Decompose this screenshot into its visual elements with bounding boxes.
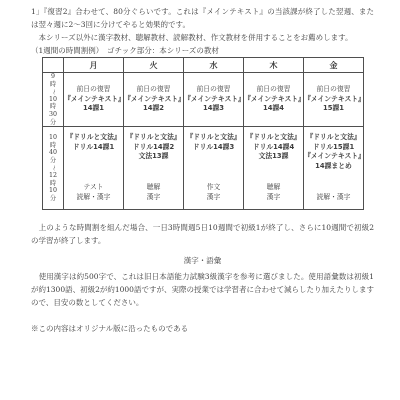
schedule-body: 9時～10時30分前日の復習『メインテキスト』14課1前日の復習『メインテキスト… xyxy=(43,73,364,210)
schedule-cell-bottom-group: 読解・漢字 xyxy=(304,193,363,203)
schedule-cell-bottom-group: テスト読解・漢字 xyxy=(64,183,123,202)
schedule-line: 15課1 xyxy=(304,104,363,114)
schedule-cell-top-group: 前日の復習『メインテキスト』14課3 xyxy=(184,85,243,114)
schedule-cell-bottom-group: 聴解漢字 xyxy=(244,183,303,202)
schedule-line: 14課まとめ xyxy=(304,162,363,172)
time-label-char: 10 xyxy=(49,187,57,195)
schedule-cell-top-group: 『ドリルと文法』ドリル14課1 xyxy=(64,133,123,152)
schedule-cell-r0-c4: 前日の復習『メインテキスト』15課1 xyxy=(304,73,364,127)
schedule-cell-r0-c1: 前日の復習『メインテキスト』14課2 xyxy=(124,73,184,127)
time-label-char: 9 xyxy=(51,73,55,81)
schedule-cell-top-group: 前日の復習『メインテキスト』14課4 xyxy=(244,85,303,114)
schedule-cell-top-group: 前日の復習『メインテキスト』14課1 xyxy=(64,85,123,114)
schedule-line: 聴解 xyxy=(244,183,303,193)
schedule-cell-r1-c3: 『ドリルと文法』ドリル14課4文法13課聴解漢字 xyxy=(244,127,304,210)
time-label-char: 時 xyxy=(50,180,56,188)
paragraph-kanji-vocab: 使用漢字は約500字で、これは旧日本語能力試験3級漢字を参考に選びました。使用語… xyxy=(31,270,374,309)
section-heading-kanji-goi: 漢字・語彙 xyxy=(31,254,374,267)
intro-block: 1」『復習2』合わせて、80分ぐらいです。これは『メインテキスト』の当該課が終了… xyxy=(31,5,374,57)
schedule-line: ドリル15課1 xyxy=(304,143,363,153)
day-header-1: 火 xyxy=(124,58,184,73)
schedule-cell-r1-c1: 『ドリルと文法』ドリル14課2文法13課聴解漢字 xyxy=(124,127,184,210)
intro-paragraph-recommend: 本シリーズ以外に漢字教材、聴解教材、読解教材、作文教材を併用することをお薦めしま… xyxy=(31,31,374,44)
schedule-line: 文法13課 xyxy=(124,152,183,162)
schedule-line: 『メインテキスト』 xyxy=(184,95,243,105)
schedule-cell-bottom-group: 作文漢字 xyxy=(184,183,243,202)
schedule-cell-top-group: 『ドリルと文法』ドリル14課3 xyxy=(184,133,243,152)
schedule-line: 漢字 xyxy=(124,193,183,203)
time-label-char: 時 xyxy=(50,103,56,111)
schedule-cell-r1-c2: 『ドリルと文法』ドリル14課3作文漢字 xyxy=(184,127,244,210)
time-label-char: 12 xyxy=(49,172,57,180)
schedule-cell-top-group: 『ドリルと文法』ドリル14課4文法13課 xyxy=(244,133,303,162)
schedule-line: ドリル14課3 xyxy=(184,143,243,153)
time-label-char: 時 xyxy=(50,142,56,150)
schedule-line: 『メインテキスト』 xyxy=(124,95,183,105)
day-header-0: 月 xyxy=(64,58,124,73)
time-label-char: 分 xyxy=(50,119,56,127)
schedule-line: 14課4 xyxy=(244,104,303,114)
schedule-line: 『メインテキスト』 xyxy=(304,95,363,105)
table-caption: （1週間の時間割例） ゴチック部分：本シリーズの教材 xyxy=(31,44,374,57)
schedule-line: 『ドリルと文法』 xyxy=(244,133,303,143)
schedule-line: 『ドリルと文法』 xyxy=(304,133,363,143)
time-label-char: 時 xyxy=(50,81,56,89)
day-header-3: 木 xyxy=(244,58,304,73)
schedule-line: 作文 xyxy=(184,183,243,193)
schedule-line: 聴解 xyxy=(124,183,183,193)
schedule-line: 漢字 xyxy=(184,193,243,203)
schedule-cell-top-group: 前日の復習『メインテキスト』14課2 xyxy=(124,85,183,114)
schedule-line: 『ドリルと文法』 xyxy=(124,133,183,143)
time-label-char: 分 xyxy=(50,157,56,165)
schedule-line: 前日の復習 xyxy=(244,85,303,95)
day-header-4: 金 xyxy=(304,58,364,73)
document-page: 1」『復習2』合わせて、80分ぐらいです。これは『メインテキスト』の当該課が終了… xyxy=(0,0,400,400)
schedule-cell-top-group: 『ドリルと文法』ドリル14課2文法13課 xyxy=(124,133,183,162)
time-label-char: 30 xyxy=(49,111,57,119)
paragraph-schedule-summary: 上のような時間割を組んだ場合、一日3時間週5日10週間で初級1が終了し、さらに1… xyxy=(31,221,374,247)
schedule-head-row: 月火水木金 xyxy=(43,58,364,73)
schedule-cell-bottom-group: 聴解漢字 xyxy=(124,183,183,202)
schedule-line: 読解・漢字 xyxy=(304,193,363,203)
schedule-line: 前日の復習 xyxy=(64,85,123,95)
schedule-line: 14課3 xyxy=(184,104,243,114)
schedule-cell-r0-c2: 前日の復習『メインテキスト』14課3 xyxy=(184,73,244,127)
schedule-cell-r0-c0: 前日の復習『メインテキスト』14課1 xyxy=(64,73,124,127)
schedule-line: 文法13課 xyxy=(244,152,303,162)
schedule-cell-r1-c4: 『ドリルと文法』ドリル15課1『メインテキスト』14課まとめ読解・漢字 xyxy=(304,127,364,210)
schedule-cell-top-group: 前日の復習『メインテキスト』15課1 xyxy=(304,85,363,114)
schedule-line: 前日の復習 xyxy=(304,85,363,95)
time-label-cell-1: 10時40分～12時10分 xyxy=(43,127,64,210)
time-label-char: 40 xyxy=(49,149,57,157)
schedule-line: ドリル14課1 xyxy=(64,143,123,153)
schedule-line: 『メインテキスト』 xyxy=(64,95,123,105)
schedule-line: 『ドリルと文法』 xyxy=(184,133,243,143)
time-label-cell-0: 9時～10時30分 xyxy=(43,73,64,127)
body-text-block: 上のような時間割を組んだ場合、一日3時間週5日10週間で初級1が終了し、さらに1… xyxy=(31,221,374,335)
weekly-schedule-table: 月火水木金 9時～10時30分前日の復習『メインテキスト』14課1前日の復習『メ… xyxy=(42,57,364,210)
day-header-2: 水 xyxy=(184,58,244,73)
schedule-line: テスト xyxy=(64,183,123,193)
schedule-row-1: 10時40分～12時10分『ドリルと文法』ドリル14課1テスト読解・漢字『ドリル… xyxy=(43,127,364,210)
time-label-char: ～ xyxy=(49,89,57,95)
intro-paragraph-continuation: 1」『復習2』合わせて、80分ぐらいです。これは『メインテキスト』の当該課が終了… xyxy=(31,5,374,31)
schedule-line: 14課1 xyxy=(64,104,123,114)
corner-cell xyxy=(43,58,64,73)
schedule-line: 前日の復習 xyxy=(124,85,183,95)
schedule-cell-r1-c0: 『ドリルと文法』ドリル14課1テスト読解・漢字 xyxy=(64,127,124,210)
time-label-char: 分 xyxy=(50,195,56,203)
schedule-line: 読解・漢字 xyxy=(64,193,123,203)
schedule-line: 『メインテキスト』 xyxy=(244,95,303,105)
schedule-line: 14課2 xyxy=(124,104,183,114)
schedule-line: ドリル14課2 xyxy=(124,143,183,153)
schedule-row-0: 9時～10時30分前日の復習『メインテキスト』14課1前日の復習『メインテキスト… xyxy=(43,73,364,127)
schedule-line: ドリル14課4 xyxy=(244,143,303,153)
schedule-line: 前日の復習 xyxy=(184,85,243,95)
time-label-char: 10 xyxy=(49,134,57,142)
time-label-char: ～ xyxy=(49,165,57,171)
schedule-line: 『ドリルと文法』 xyxy=(64,133,123,143)
schedule-line: 漢字 xyxy=(244,193,303,203)
schedule-line: 『メインテキスト』 xyxy=(304,152,363,162)
original-edition-note: ※この内容はオリジナル版に沿ったものである xyxy=(31,322,374,335)
schedule-cell-r0-c3: 前日の復習『メインテキスト』14課4 xyxy=(244,73,304,127)
schedule-cell-top-group: 『ドリルと文法』ドリル15課1『メインテキスト』14課まとめ xyxy=(304,133,363,171)
